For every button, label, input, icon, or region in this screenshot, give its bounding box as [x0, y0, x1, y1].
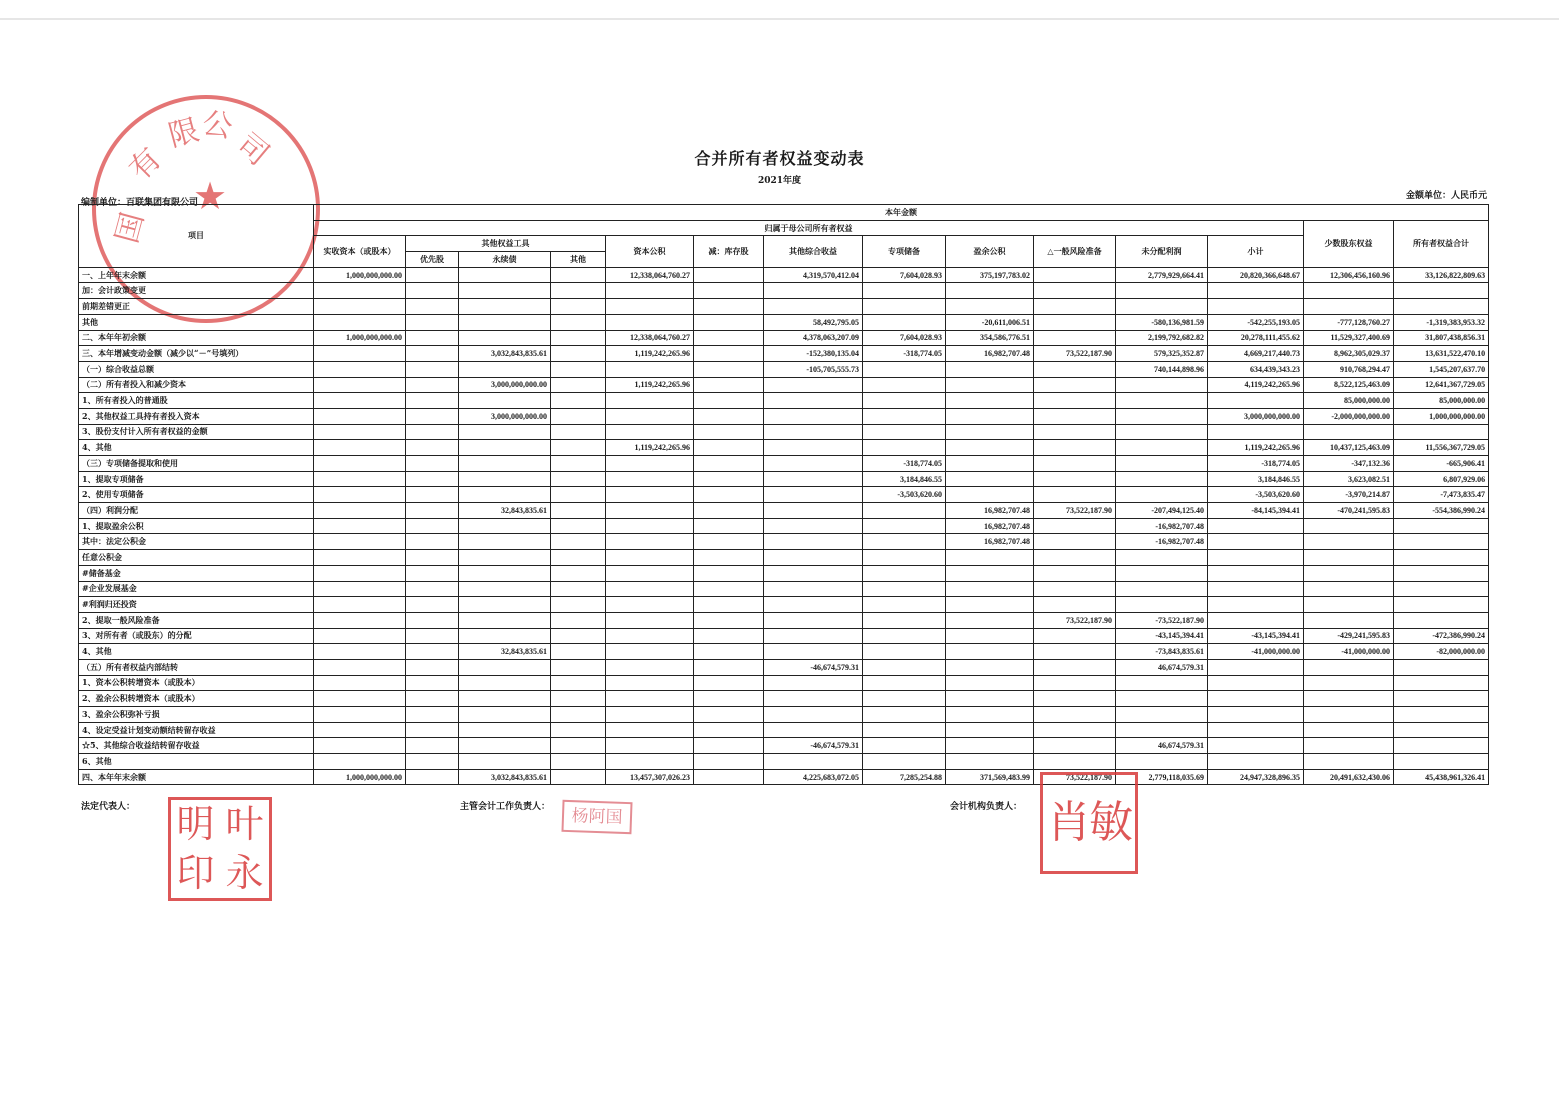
- row-value: [1034, 628, 1116, 644]
- row-label: 2、盈余公积转增资本（或股本）: [79, 691, 314, 707]
- row-value: [551, 581, 606, 597]
- row-value: [1116, 471, 1208, 487]
- row-value: [1394, 707, 1489, 723]
- row-value: [406, 769, 459, 785]
- row-value: [1208, 659, 1304, 675]
- header-subtotal: 小计: [1208, 236, 1304, 267]
- row-value: [863, 361, 946, 377]
- row-value: [406, 550, 459, 566]
- row-value: [946, 754, 1034, 770]
- row-value: [946, 471, 1034, 487]
- row-value: [694, 283, 764, 299]
- row-value: [863, 581, 946, 597]
- row-value: 1,545,207,637.70: [1394, 361, 1489, 377]
- row-value: [606, 707, 694, 723]
- row-value: [863, 314, 946, 330]
- row-value: [406, 361, 459, 377]
- row-value: [551, 707, 606, 723]
- table-row: 1、提取盈余公积16,982,707.48-16,982,707.48: [79, 518, 1489, 534]
- header-total-equity: 所有者权益合计: [1394, 220, 1489, 267]
- row-value: -3,503,620.60: [1208, 487, 1304, 503]
- row-value: [1116, 408, 1208, 424]
- row-value: [606, 393, 694, 409]
- row-value: [694, 628, 764, 644]
- header-surplus-reserve: 盈余公积: [946, 236, 1034, 267]
- row-value: 31,807,438,856.31: [1394, 330, 1489, 346]
- row-value: [314, 565, 406, 581]
- row-value: [1034, 534, 1116, 550]
- row-value: [946, 675, 1034, 691]
- row-value: [1208, 675, 1304, 691]
- row-value: 85,000,000.00: [1394, 393, 1489, 409]
- row-value: [551, 722, 606, 738]
- row-value: [1208, 550, 1304, 566]
- row-value: [946, 408, 1034, 424]
- row-value: [764, 424, 863, 440]
- row-value: -43,145,394.41: [1116, 628, 1208, 644]
- row-value: [606, 659, 694, 675]
- row-value: [459, 628, 551, 644]
- row-value: [551, 487, 606, 503]
- row-value: [406, 707, 459, 723]
- row-value: [1304, 518, 1394, 534]
- row-value: [863, 644, 946, 660]
- row-value: [764, 534, 863, 550]
- row-value: 7,285,254.88: [863, 769, 946, 785]
- row-label: 任意公积金: [79, 550, 314, 566]
- row-value: [863, 722, 946, 738]
- row-value: [314, 738, 406, 754]
- row-value: [1208, 738, 1304, 754]
- row-value: [1034, 518, 1116, 534]
- row-value: [459, 754, 551, 770]
- row-value: -665,906.41: [1394, 456, 1489, 472]
- row-label: 1、资本公积转增资本（或股本）: [79, 675, 314, 691]
- row-value: [764, 456, 863, 472]
- row-value: [946, 722, 1034, 738]
- row-value: [1116, 707, 1208, 723]
- row-value: [551, 377, 606, 393]
- row-value: [946, 393, 1034, 409]
- row-value: 6,807,929.06: [1394, 471, 1489, 487]
- row-value: [1116, 377, 1208, 393]
- row-value: 46,674,579.31: [1116, 738, 1208, 754]
- row-value: -82,000,000.00: [1394, 644, 1489, 660]
- row-value: [406, 471, 459, 487]
- row-value: 24,947,328,896.35: [1208, 769, 1304, 785]
- row-value: 2,199,792,682.82: [1116, 330, 1208, 346]
- row-value: [551, 691, 606, 707]
- row-value: [1394, 424, 1489, 440]
- row-value: [406, 597, 459, 613]
- row-value: 3,000,000,000.00: [459, 377, 551, 393]
- row-value: 20,278,111,455.62: [1208, 330, 1304, 346]
- row-value: [694, 267, 764, 283]
- row-value: [1034, 691, 1116, 707]
- row-label: ☆5、其他综合收益结转留存收益: [79, 738, 314, 754]
- row-value: [1034, 267, 1116, 283]
- row-value: [1304, 691, 1394, 707]
- row-value: [1034, 393, 1116, 409]
- row-value: [459, 424, 551, 440]
- row-value: 16,982,707.48: [946, 346, 1034, 362]
- row-value: [406, 299, 459, 315]
- row-label: （四）利润分配: [79, 503, 314, 519]
- row-value: [551, 534, 606, 550]
- row-value: [764, 675, 863, 691]
- row-value: [459, 691, 551, 707]
- row-value: 579,325,352.87: [1116, 346, 1208, 362]
- row-value: [863, 283, 946, 299]
- row-label: 其中：法定公积金: [79, 534, 314, 550]
- row-value: [606, 283, 694, 299]
- row-value: -2,000,000,000.00: [1304, 408, 1394, 424]
- accounting-dept-label: 会计机构负责人：: [950, 799, 1022, 812]
- row-value: [1116, 597, 1208, 613]
- row-value: [764, 581, 863, 597]
- table-row: 4、设定受益计划变动额结转留存收益: [79, 722, 1489, 738]
- stamp-char: 永: [220, 849, 269, 898]
- row-value: -3,503,620.60: [863, 487, 946, 503]
- row-value: 20,491,632,430.06: [1304, 769, 1394, 785]
- row-value: [459, 659, 551, 675]
- row-value: [946, 424, 1034, 440]
- row-value: [764, 487, 863, 503]
- row-label: 6、其他: [79, 754, 314, 770]
- row-value: [694, 550, 764, 566]
- row-value: [946, 691, 1034, 707]
- table-row: 其他58,492,795.05-20,611,006.51-580,136,98…: [79, 314, 1489, 330]
- row-value: [1304, 754, 1394, 770]
- row-value: [764, 283, 863, 299]
- row-label: 一、上年年末余额: [79, 267, 314, 283]
- row-value: [1208, 518, 1304, 534]
- row-value: [1034, 644, 1116, 660]
- currency-unit: 金额单位：人民币元: [1406, 188, 1487, 201]
- row-value: [406, 691, 459, 707]
- accounting-head-label: 主管会计工作负责人：: [460, 799, 550, 812]
- row-value: [1034, 487, 1116, 503]
- row-value: [694, 581, 764, 597]
- table-row: 4、其他1,119,242,265.961,119,242,265.9610,4…: [79, 440, 1489, 456]
- row-value: [1116, 393, 1208, 409]
- row-value: [606, 424, 694, 440]
- row-value: 45,438,961,326.41: [1394, 769, 1489, 785]
- row-value: [764, 628, 863, 644]
- table-row: 前期差错更正: [79, 299, 1489, 315]
- table-row: 1、资本公积转增资本（或股本）: [79, 675, 1489, 691]
- row-value: [406, 518, 459, 534]
- row-label: 前期差错更正: [79, 299, 314, 315]
- row-label: 2、提取一般风险准备: [79, 612, 314, 628]
- table-row: （一）综合收益总额-105,705,555.73740,144,898.9663…: [79, 361, 1489, 377]
- row-value: [1208, 424, 1304, 440]
- row-value: [406, 612, 459, 628]
- row-value: [1034, 456, 1116, 472]
- row-value: -84,145,394.41: [1208, 503, 1304, 519]
- row-value: [863, 628, 946, 644]
- row-value: [551, 738, 606, 754]
- row-value: [694, 361, 764, 377]
- row-value: 1,000,000,000.00: [1394, 408, 1489, 424]
- row-value: [459, 314, 551, 330]
- row-value: [694, 440, 764, 456]
- stamp-char: 叶: [220, 800, 269, 849]
- row-value: [606, 738, 694, 754]
- row-value: [1394, 581, 1489, 597]
- row-value: [459, 675, 551, 691]
- row-value: [1208, 299, 1304, 315]
- row-value: 3,000,000,000.00: [459, 408, 551, 424]
- equity-change-table: 项目 本年金额 归属于母公司所有者权益 少数股东权益 所有者权益合计 实收资本（…: [78, 204, 1489, 785]
- table-row: 三、本年增减变动金额（减少以“－”号填列）3,032,843,835.611,1…: [79, 346, 1489, 362]
- row-value: [946, 283, 1034, 299]
- row-value: [1304, 722, 1394, 738]
- row-value: [863, 408, 946, 424]
- row-value: [551, 393, 606, 409]
- row-value: [459, 534, 551, 550]
- row-value: [406, 738, 459, 754]
- row-value: [314, 691, 406, 707]
- stamp-char: 明: [171, 800, 220, 849]
- row-value: [1034, 754, 1116, 770]
- row-value: 1,119,242,265.96: [606, 440, 694, 456]
- row-value: [1034, 299, 1116, 315]
- row-value: [551, 408, 606, 424]
- row-value: [1394, 597, 1489, 613]
- row-value: [946, 659, 1034, 675]
- row-value: [551, 299, 606, 315]
- row-value: [694, 424, 764, 440]
- row-label: 1、提取专项储备: [79, 471, 314, 487]
- row-value: [551, 769, 606, 785]
- row-value: [694, 675, 764, 691]
- row-value: [406, 534, 459, 550]
- row-value: [946, 456, 1034, 472]
- row-value: [314, 518, 406, 534]
- row-value: [1034, 330, 1116, 346]
- row-value: [1208, 612, 1304, 628]
- row-value: [1116, 456, 1208, 472]
- row-value: [1304, 550, 1394, 566]
- row-value: [1034, 581, 1116, 597]
- row-value: [406, 487, 459, 503]
- row-value: [694, 314, 764, 330]
- row-value: [551, 330, 606, 346]
- table-row: （四）利润分配32,843,835.6116,982,707.4873,522,…: [79, 503, 1489, 519]
- row-value: 11,556,367,729.05: [1394, 440, 1489, 456]
- row-label: 三、本年增减变动金额（减少以“－”号填列）: [79, 346, 314, 362]
- row-label: 其他: [79, 314, 314, 330]
- row-value: [946, 550, 1034, 566]
- row-value: -207,494,125.40: [1116, 503, 1208, 519]
- row-value: [606, 628, 694, 644]
- row-value: [459, 518, 551, 534]
- row-value: [694, 659, 764, 675]
- row-value: [406, 628, 459, 644]
- table-row: 2、其他权益工具持有者投入资本3,000,000,000.003,000,000…: [79, 408, 1489, 424]
- row-value: [863, 424, 946, 440]
- row-value: 3,032,843,835.61: [459, 769, 551, 785]
- row-value: [1034, 361, 1116, 377]
- row-value: [314, 722, 406, 738]
- row-value: [459, 330, 551, 346]
- row-value: 46,674,579.31: [1116, 659, 1208, 675]
- row-value: [459, 738, 551, 754]
- row-value: [551, 424, 606, 440]
- row-value: [314, 440, 406, 456]
- row-value: -73,522,187.90: [1116, 612, 1208, 628]
- row-value: [314, 393, 406, 409]
- row-value: [606, 581, 694, 597]
- row-value: 371,569,483.99: [946, 769, 1034, 785]
- row-value: [694, 393, 764, 409]
- row-value: -429,241,595.83: [1304, 628, 1394, 644]
- row-label: 3、股份支付计入所有者权益的金额: [79, 424, 314, 440]
- row-value: [863, 691, 946, 707]
- row-value: [606, 299, 694, 315]
- table-row: 4、其他32,843,835.61-73,843,835.61-41,000,0…: [79, 644, 1489, 660]
- header-paid-in-capital: 实收资本（或股本）: [314, 236, 406, 267]
- row-value: 85,000,000.00: [1304, 393, 1394, 409]
- row-value: [314, 534, 406, 550]
- row-value: [606, 754, 694, 770]
- row-value: 4,319,570,412.04: [764, 267, 863, 283]
- row-value: [606, 691, 694, 707]
- row-value: [863, 754, 946, 770]
- row-value: [406, 393, 459, 409]
- row-value: -472,386,990.24: [1394, 628, 1489, 644]
- row-value: [459, 393, 551, 409]
- row-value: [1116, 691, 1208, 707]
- row-value: [406, 377, 459, 393]
- row-value: 4,378,063,207.09: [764, 330, 863, 346]
- row-value: [1034, 283, 1116, 299]
- row-value: [406, 314, 459, 330]
- row-value: [314, 471, 406, 487]
- row-value: -1,319,383,953.32: [1394, 314, 1489, 330]
- header-oci: 其他综合收益: [764, 236, 863, 267]
- row-value: [314, 424, 406, 440]
- row-value: [606, 314, 694, 330]
- row-value: [1208, 597, 1304, 613]
- header-perpetual-bonds: 永续债: [459, 252, 551, 268]
- row-value: 73,522,187.90: [1034, 346, 1116, 362]
- row-value: [406, 440, 459, 456]
- row-value: [551, 659, 606, 675]
- row-value: [1394, 722, 1489, 738]
- header-current-year: 本年金额: [314, 205, 1489, 221]
- row-value: [694, 377, 764, 393]
- row-value: [459, 487, 551, 503]
- row-label: 加：会计政策变更: [79, 283, 314, 299]
- row-value: [863, 503, 946, 519]
- row-value: [863, 377, 946, 393]
- row-value: 3,184,846.55: [863, 471, 946, 487]
- row-value: [863, 565, 946, 581]
- row-value: [863, 393, 946, 409]
- row-value: [694, 471, 764, 487]
- row-label: （二）所有者投入和减少资本: [79, 377, 314, 393]
- row-value: [764, 612, 863, 628]
- row-value: 1,119,242,265.96: [606, 346, 694, 362]
- header-item: 项目: [79, 205, 314, 268]
- row-value: 16,982,707.48: [946, 534, 1034, 550]
- row-value: [1034, 408, 1116, 424]
- row-value: [606, 675, 694, 691]
- row-value: 4,669,217,440.73: [1208, 346, 1304, 362]
- row-value: [1304, 299, 1394, 315]
- row-label: 4、设定受益计划变动额结转留存收益: [79, 722, 314, 738]
- legal-rep-stamp: 明 叶 印 永: [168, 797, 272, 901]
- table-row: 任意公积金: [79, 550, 1489, 566]
- header-special-reserve: 专项储备: [863, 236, 946, 267]
- row-value: [863, 707, 946, 723]
- row-value: [694, 534, 764, 550]
- legal-rep-label: 法定代表人：: [81, 799, 135, 812]
- row-value: 634,439,343.23: [1208, 361, 1304, 377]
- row-value: 4,225,683,072.05: [764, 769, 863, 785]
- row-value: 33,126,822,809.63: [1394, 267, 1489, 283]
- row-value: [1116, 283, 1208, 299]
- row-value: -777,128,760.27: [1304, 314, 1394, 330]
- row-value: [946, 628, 1034, 644]
- table-row: 3、股份支付计入所有者权益的金额: [79, 424, 1489, 440]
- row-value: 1,119,242,265.96: [1208, 440, 1304, 456]
- row-value: [459, 456, 551, 472]
- header-parent-group: 归属于母公司所有者权益: [314, 220, 1304, 236]
- row-value: [1116, 487, 1208, 503]
- row-value: -16,982,707.48: [1116, 518, 1208, 534]
- row-value: [459, 722, 551, 738]
- row-value: [946, 644, 1034, 660]
- row-value: [764, 299, 863, 315]
- row-label: 2、其他权益工具持有者投入资本: [79, 408, 314, 424]
- row-value: [551, 612, 606, 628]
- row-value: [1034, 550, 1116, 566]
- row-value: [314, 283, 406, 299]
- stamp-char: 印: [171, 849, 220, 898]
- row-value: 73,522,187.90: [1034, 612, 1116, 628]
- header-other: 其他: [551, 252, 606, 268]
- row-value: [459, 267, 551, 283]
- row-label: 3、盈余公积弥补亏损: [79, 707, 314, 723]
- row-value: [1394, 534, 1489, 550]
- table-row: （二）所有者投入和减少资本3,000,000,000.001,119,242,2…: [79, 377, 1489, 393]
- row-value: 12,338,064,760.27: [606, 267, 694, 283]
- row-value: [694, 597, 764, 613]
- row-value: [606, 534, 694, 550]
- row-value: [1034, 659, 1116, 675]
- row-value: [1208, 722, 1304, 738]
- row-value: [1116, 565, 1208, 581]
- row-value: [946, 581, 1034, 597]
- row-value: [863, 597, 946, 613]
- row-value: [406, 267, 459, 283]
- row-value: [459, 471, 551, 487]
- row-value: [863, 550, 946, 566]
- row-value: [1034, 707, 1116, 723]
- row-value: [606, 565, 694, 581]
- row-value: -554,386,990.24: [1394, 503, 1489, 519]
- row-value: [1116, 675, 1208, 691]
- row-value: [314, 675, 406, 691]
- row-value: -152,380,135.04: [764, 346, 863, 362]
- row-value: [946, 597, 1034, 613]
- row-value: [459, 283, 551, 299]
- row-value: 12,641,367,729.05: [1394, 377, 1489, 393]
- row-value: [863, 738, 946, 754]
